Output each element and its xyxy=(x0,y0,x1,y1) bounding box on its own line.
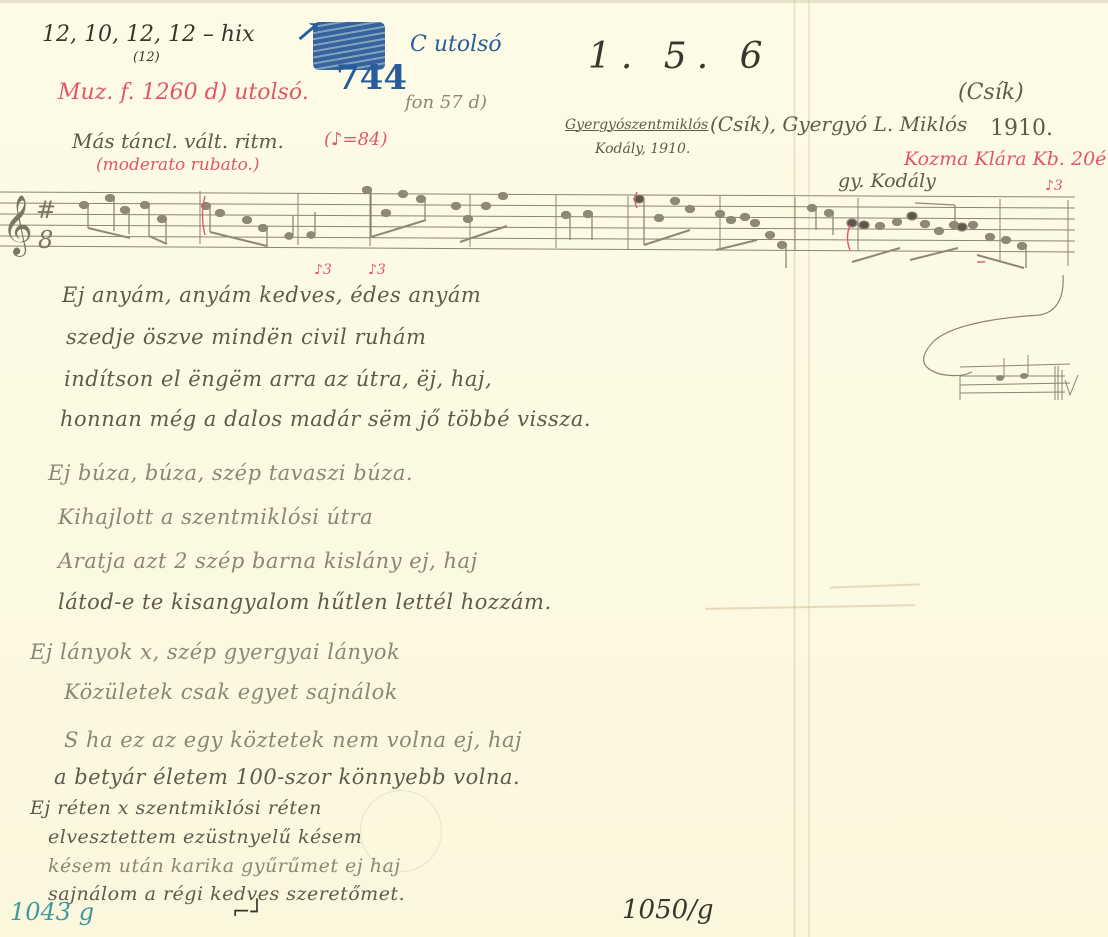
manuscript-page: 12, 10, 12, 12 – hix (12) ↗ 744 C utolsó… xyxy=(0,0,1108,937)
syllable-count-sub: (12) xyxy=(133,50,160,65)
paper-fold-line xyxy=(793,0,796,937)
lyric-line: késem után karika gyűrűmet ej haj xyxy=(48,855,401,877)
lyric-line: honnan még a dalos madár sëm jő többé vi… xyxy=(60,407,591,431)
triplet-mark: ♪3 xyxy=(314,262,332,278)
lyric-line: indítson el ëngëm arra az útra, ëj, haj, xyxy=(64,367,492,391)
svg-text:#: # xyxy=(36,196,56,224)
lyric-line: Ej anyám, anyám kedves, édes anyám xyxy=(62,283,481,307)
triplet-mark: ♪3 xyxy=(1045,178,1063,194)
lyric-line: sajnálom a régi kedves szeretőmet. xyxy=(48,883,405,905)
svg-text:8: 8 xyxy=(38,226,53,254)
paper-edge xyxy=(0,0,1108,3)
blue-archive-number: 744 xyxy=(336,58,407,98)
lyric-line: szedje öszve mindën civil ruhám xyxy=(66,325,426,349)
tempo-marking: (♪=84) xyxy=(324,129,388,150)
year: 1910. xyxy=(990,116,1053,141)
lyric-line: S ha ez az egy köztetek nem volna ej, ha… xyxy=(64,728,522,752)
lyric-line: Ej réten x szentmiklósi réten xyxy=(30,797,322,819)
place-name: Gyergyószentmiklós xyxy=(565,117,708,133)
triplet-mark: ♪3 xyxy=(368,262,386,278)
catalog-number: 1. 5. 6 xyxy=(588,36,773,77)
singer-name: Kozma Klára Kb. 20é xyxy=(904,148,1106,170)
paper-crease xyxy=(705,604,915,610)
right-archive-number: 1050/g xyxy=(622,895,714,925)
red-reference: Muz. f. 1260 d) utolsó. xyxy=(58,80,309,105)
paper-crease xyxy=(830,583,920,588)
tempo-note: Más táncl. vált. ritm. xyxy=(72,129,284,153)
blue-c-note: C utolsó xyxy=(410,32,502,57)
syllable-count: 12, 10, 12, 12 – hix xyxy=(42,22,255,47)
collector-line: Kodály, 1910. xyxy=(595,141,690,157)
lyric-line: Ej búza, búza, szép tavaszi búza. xyxy=(48,461,413,485)
music-staff: 𝄞 # 8 xyxy=(0,180,1108,280)
lyric-line: Közületek csak egyet sajnálok xyxy=(64,680,398,704)
red-parenthetical: (moderato rubato.) xyxy=(96,155,260,175)
left-archive-number: 1043 g xyxy=(10,898,94,926)
paper-fold-shadow xyxy=(808,0,810,937)
grey-reference: fon 57 d) xyxy=(405,92,487,113)
lyric-line: a betyár életem 100-szor könnyebb volna. xyxy=(54,765,520,789)
lyric-line: elvesztettem ezüstnyelű késem xyxy=(48,826,362,848)
coda-fragment xyxy=(900,270,1090,400)
lyric-line: Kihajlott a szentmiklósi útra xyxy=(58,505,373,529)
svg-text:𝄞: 𝄞 xyxy=(2,195,33,257)
county-bracket: (Csík) xyxy=(958,80,1024,105)
center-mark: ⌐┘ xyxy=(232,900,264,925)
lyric-line: látod-e te kisangyalom hűtlen lettél hoz… xyxy=(58,590,552,614)
lyric-line: Ej lányok x, szép gyergyai lányok xyxy=(30,640,400,664)
lyric-line: Aratja azt 2 szép barna kislány ej, haj xyxy=(58,549,478,573)
faint-stamp xyxy=(360,790,442,872)
place-suffix: (Csík), Gyergyó L. Miklós xyxy=(710,112,967,136)
